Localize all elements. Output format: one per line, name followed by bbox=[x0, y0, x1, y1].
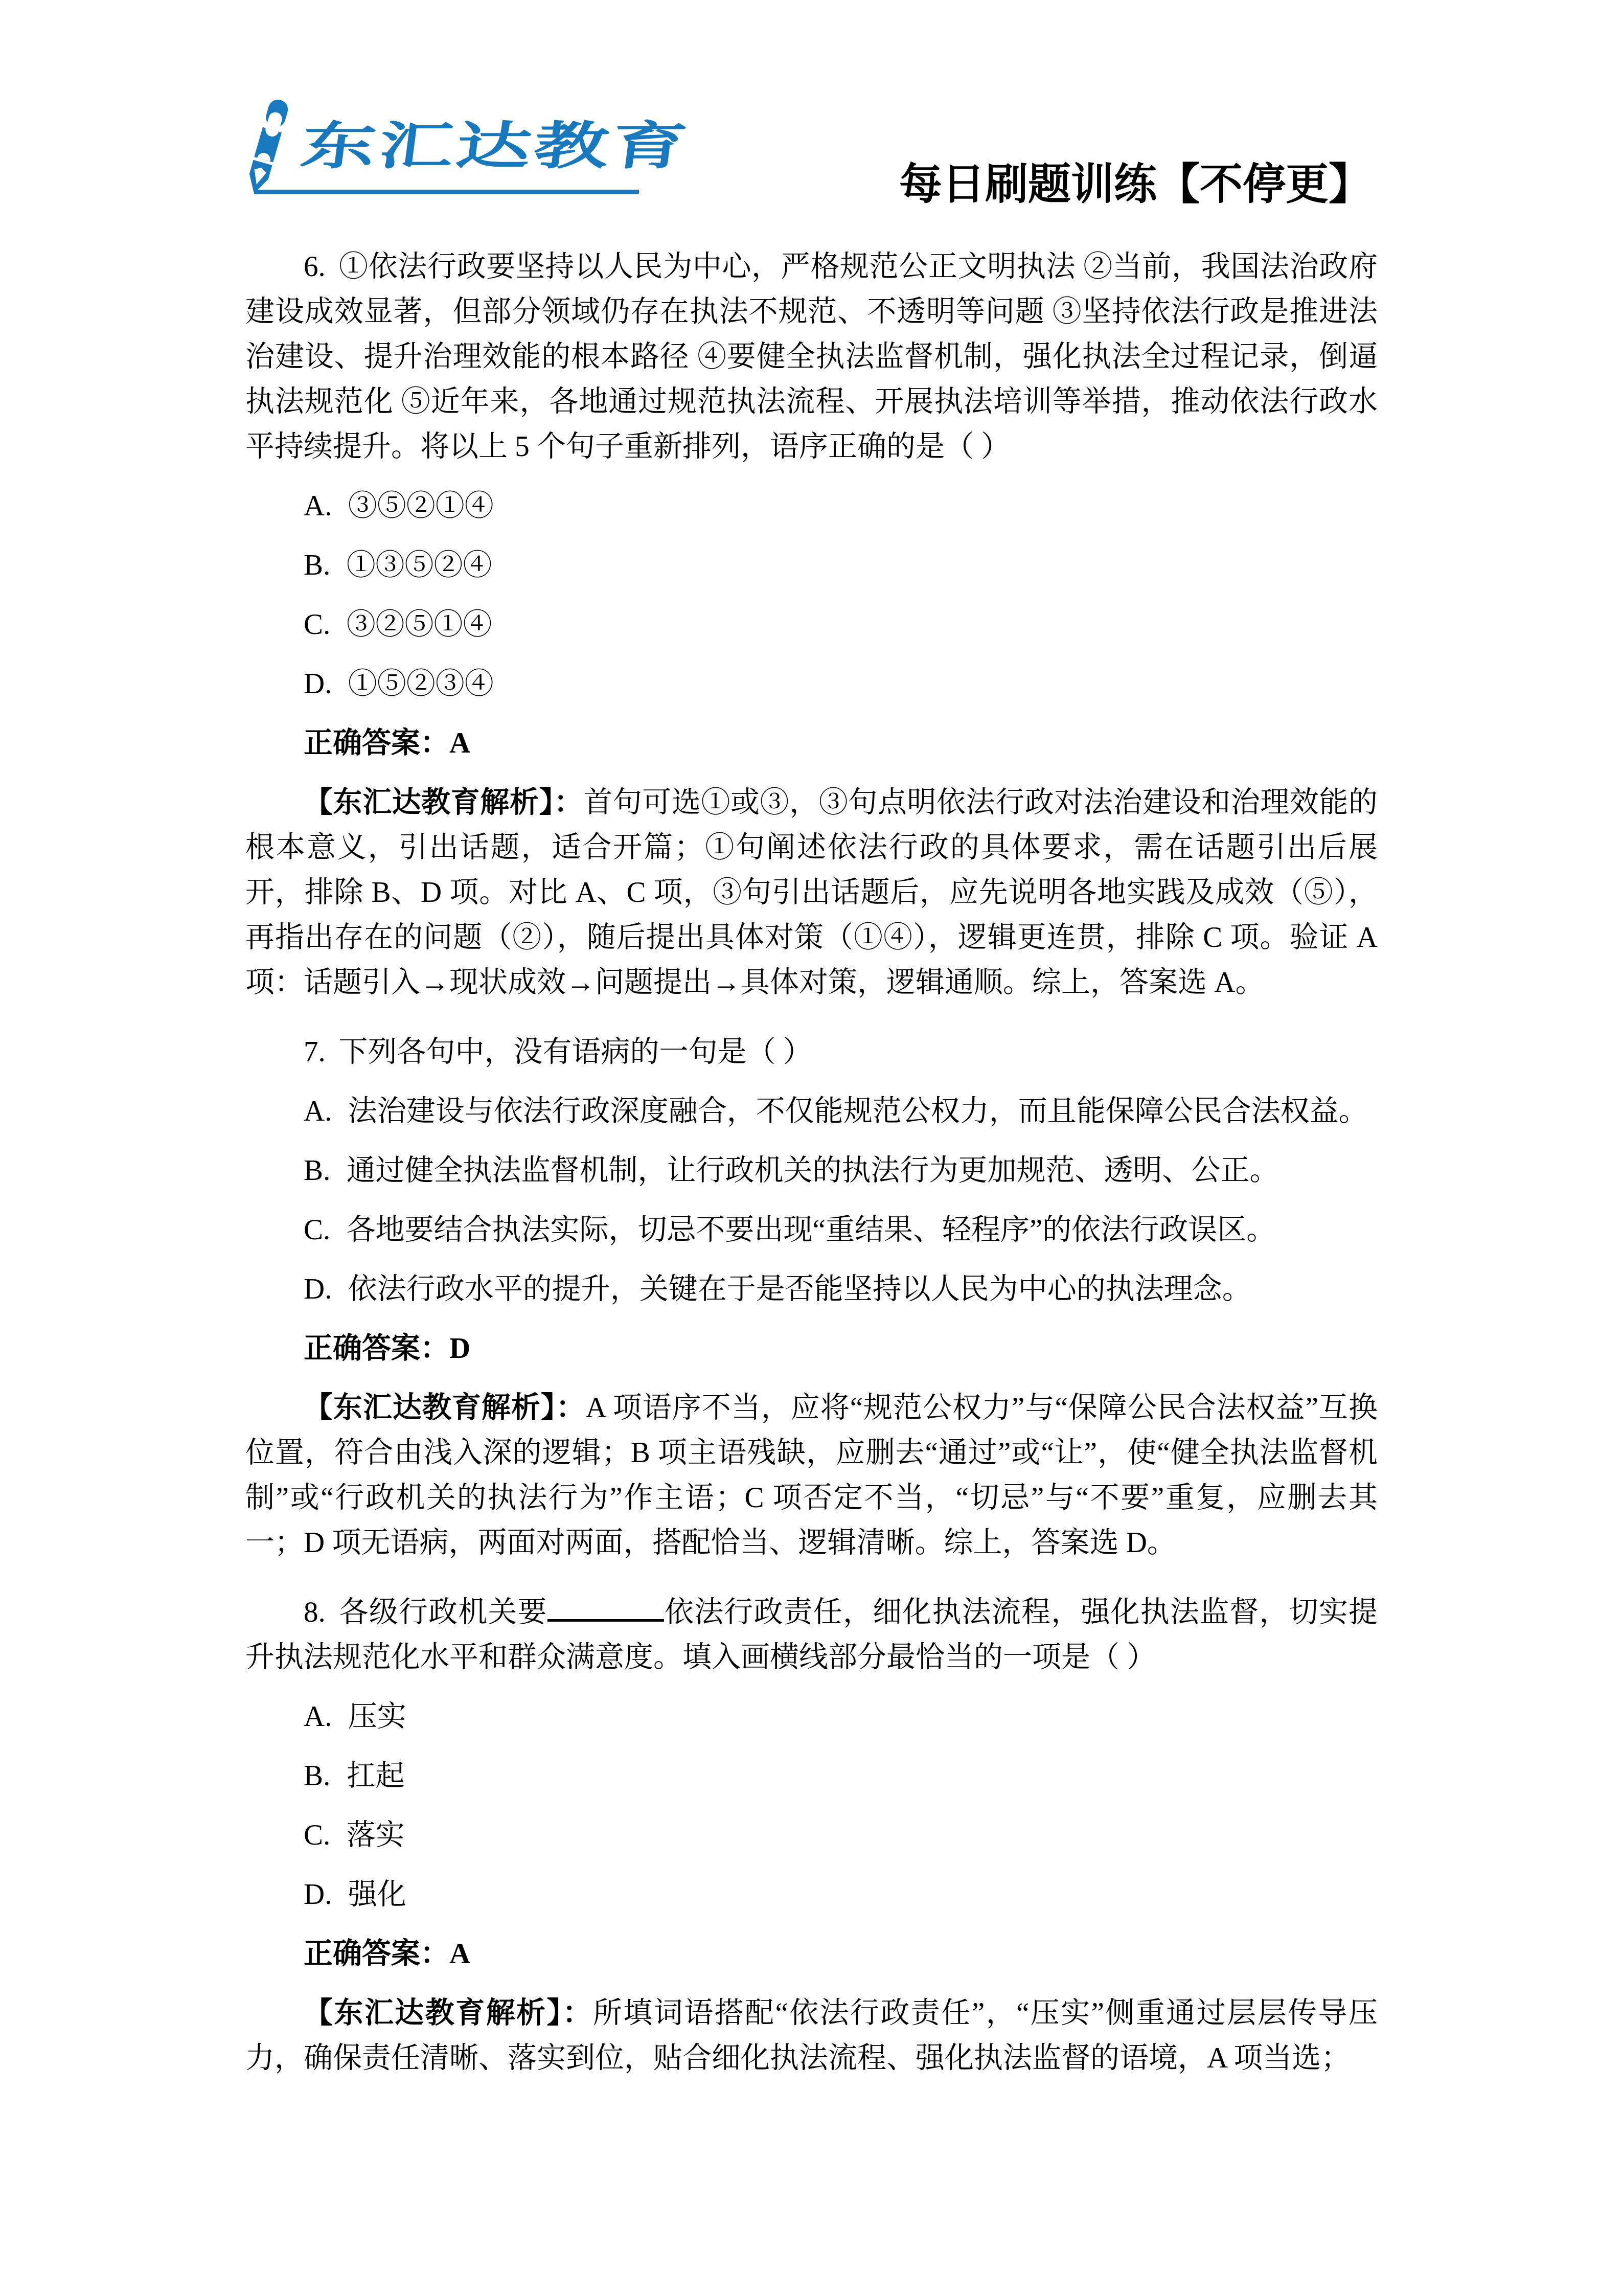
logo-text: 东汇达教育 bbox=[298, 121, 693, 172]
option-text: 落实 bbox=[347, 1819, 405, 1851]
question-number: 8. bbox=[304, 1596, 326, 1628]
option-label: C. bbox=[304, 1214, 330, 1246]
analysis-prefix: 【东汇达教育解析】： bbox=[304, 786, 583, 819]
option-text: 强化 bbox=[348, 1878, 406, 1911]
option-text: ③②⑤①④ bbox=[347, 608, 492, 641]
answer-line: 正确答案：A bbox=[245, 721, 1378, 766]
option-label: B. bbox=[304, 549, 330, 581]
option-label: D. bbox=[304, 1878, 332, 1911]
page-header: 东汇达教育 每日刷题训练【不停更】 bbox=[0, 0, 1623, 220]
option-row: D.①⑤②③④ bbox=[245, 662, 1378, 707]
question-stem: 8.各级行政机关要依法行政责任，细化执法流程，强化执法监督，切实提升执法规范化水… bbox=[245, 1590, 1378, 1680]
option-row: B.扛起 bbox=[245, 1754, 1378, 1799]
option-row: A.法治建设与依法行政深度融合，不仅能规范公权力，而且能保障公民合法权益。 bbox=[245, 1089, 1378, 1134]
option-row: D.依法行政水平的提升，关键在于是否能坚持以人民为中心的执法理念。 bbox=[245, 1267, 1378, 1312]
option-text: 各地要结合执法实际，切忌不要出现“重结果、轻程序”的依法行政误区。 bbox=[347, 1214, 1276, 1246]
option-label: B. bbox=[304, 1760, 330, 1792]
question-number: 6. bbox=[304, 251, 326, 283]
option-label: D. bbox=[304, 668, 332, 700]
analysis-paragraph: 【东汇达教育解析】：所填词语搭配“依法行政责任”，“压实”侧重通过层层传导压力，… bbox=[245, 1991, 1378, 2081]
option-label: C. bbox=[304, 1819, 330, 1851]
option-text: ①⑤②③④ bbox=[348, 668, 494, 700]
answer-line: 正确答案：A bbox=[245, 1931, 1378, 1976]
blank-line bbox=[547, 1615, 664, 1622]
document-body: 6.①依法行政要坚持以人民为中心，严格规范公正文明执法 ②当前，我国法治政府建设… bbox=[0, 244, 1623, 2081]
analysis-paragraph: 【东汇达教育解析】：首句可选①或③，③句点明依法行政对法治建设和治理效能的根本意… bbox=[245, 780, 1378, 1005]
option-text: 通过健全执法监督机制，让行政机关的执法行为更加规范、透明、公正。 bbox=[347, 1154, 1279, 1187]
question-block-6: 6.①依法行政要坚持以人民为中心，严格规范公正文明执法 ②当前，我国法治政府建设… bbox=[245, 244, 1378, 1005]
option-row: B.①③⑤②④ bbox=[245, 543, 1378, 588]
question-stem: 6.①依法行政要坚持以人民为中心，严格规范公正文明执法 ②当前，我国法治政府建设… bbox=[245, 244, 1378, 469]
option-label: C. bbox=[304, 608, 330, 641]
question-stem: 7.下列各句中，没有语病的一句是（ ） bbox=[245, 1030, 1378, 1075]
question-number: 7. bbox=[304, 1036, 326, 1068]
pen-icon bbox=[243, 97, 291, 196]
question-block-8: 8.各级行政机关要依法行政责任，细化执法流程，强化执法监督，切实提升执法规范化水… bbox=[245, 1590, 1378, 2081]
option-text: ③⑤②①④ bbox=[348, 490, 494, 522]
option-text: 压实 bbox=[348, 1700, 406, 1733]
logo-underline bbox=[254, 190, 639, 194]
option-label: B. bbox=[304, 1154, 330, 1187]
option-row: A.压实 bbox=[245, 1694, 1378, 1739]
option-row: C.③②⑤①④ bbox=[245, 602, 1378, 647]
question-text: ①依法行政要坚持以人民为中心，严格规范公正文明执法 ②当前，我国法治政府建设成效… bbox=[245, 251, 1378, 463]
answer-line: 正确答案：D bbox=[245, 1326, 1378, 1371]
option-label: A. bbox=[304, 490, 332, 522]
question-text: 下列各句中，没有语病的一句是（ ） bbox=[338, 1036, 812, 1068]
header-title: 每日刷题训练【不停更】 bbox=[899, 162, 1371, 209]
option-row: C.各地要结合执法实际，切忌不要出现“重结果、轻程序”的依法行政误区。 bbox=[245, 1208, 1378, 1253]
option-row: C.落实 bbox=[245, 1813, 1378, 1858]
option-text: 法治建设与依法行政深度融合，不仅能规范公权力，而且能保障公民合法权益。 bbox=[348, 1095, 1368, 1127]
option-row: D.强化 bbox=[245, 1872, 1378, 1917]
option-row: A.③⑤②①④ bbox=[245, 484, 1378, 529]
question-block-7: 7.下列各句中，没有语病的一句是（ ） A.法治建设与依法行政深度融合，不仅能规… bbox=[245, 1030, 1378, 1565]
option-text: 依法行政水平的提升，关键在于是否能坚持以人民为中心的执法理念。 bbox=[348, 1273, 1251, 1305]
option-text: 扛起 bbox=[347, 1760, 405, 1792]
option-label: A. bbox=[304, 1095, 332, 1127]
analysis-prefix: 【东汇达教育解析】： bbox=[304, 1392, 586, 1424]
option-row: B.通过健全执法监督机制，让行政机关的执法行为更加规范、透明、公正。 bbox=[245, 1148, 1378, 1193]
analysis-paragraph: 【东汇达教育解析】：A 项语序不当，应将“规范公权力”与“保障公民合法权益”互换… bbox=[245, 1385, 1378, 1565]
option-label: A. bbox=[304, 1700, 332, 1733]
option-text: ①③⑤②④ bbox=[347, 549, 492, 581]
analysis-prefix: 【东汇达教育解析】： bbox=[304, 1997, 593, 2029]
document-page: 东汇达教育 每日刷题训练【不停更】 6.①依法行政要坚持以人民为中心，严格规范公… bbox=[0, 0, 1623, 2296]
option-label: D. bbox=[304, 1273, 332, 1305]
question-text-before-blank: 各级行政机关要 bbox=[338, 1596, 547, 1628]
